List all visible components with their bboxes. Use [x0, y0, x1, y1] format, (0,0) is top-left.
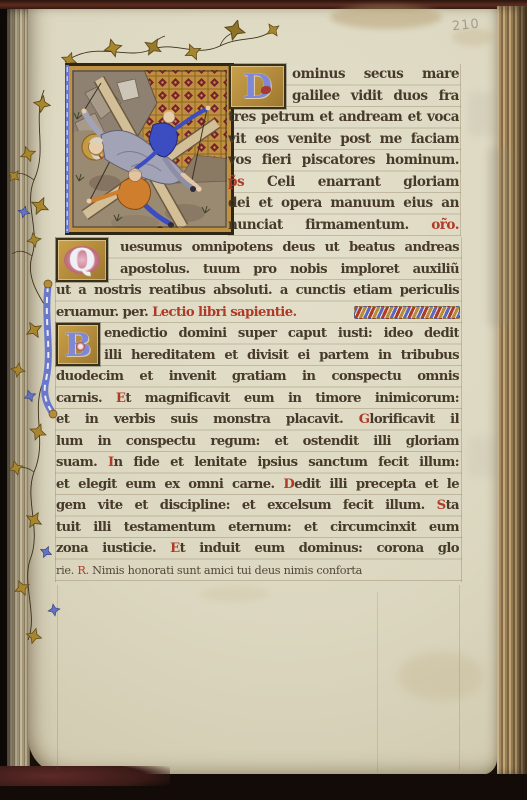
text-line: uesumus omnipotens deus ut beatus andrea…: [120, 237, 459, 259]
text-line: et elegit eum ex omni carne. Dedit illi …: [56, 474, 459, 496]
ivy-vine-top-margin: [55, 20, 305, 68]
text-line: suam. In fide et lenitate ipsius sanctum…: [56, 452, 459, 474]
illuminated-initial-d: D: [229, 64, 286, 109]
text-line: rie. R. Nimis honorati sunt amici tui de…: [56, 560, 462, 582]
initial-letter: Q: [69, 243, 95, 278]
text-line: vos fieri piscatores hominum.: [228, 150, 459, 172]
line-filler-ornament: [354, 306, 460, 319]
folio-number: 210: [451, 17, 480, 35]
text-line: lum in conspectu regum: et ostendit illi…: [56, 431, 459, 453]
text-line: vit eos venite post me faciam: [228, 129, 459, 151]
text-line: dei et opera manuum eius an: [228, 193, 459, 215]
text-line: enedictio domini super caput iusti: ideo…: [104, 323, 459, 345]
text-line: eruamur. per. Lectio libri sapientie.: [56, 302, 356, 324]
initial-letter: D: [243, 67, 272, 107]
book-top-edge: [0, 0, 527, 9]
text-line: ut a nostris reatibus absoluti. a cuncti…: [56, 280, 459, 302]
text-line: tres petrum et andream et voca: [228, 107, 459, 129]
initial-letter: B: [64, 326, 91, 364]
miniature-martyrdom-of-saint-andrew: [65, 63, 234, 235]
illuminated-initial-q: Q: [56, 238, 108, 282]
text-line: et in verbis suis monstra placavit. Glor…: [56, 409, 459, 431]
text-line: carnis. Et magnificavit eum in timore in…: [56, 388, 459, 410]
text-line: tuit illi testamentum eternum: et circum…: [56, 517, 459, 539]
text-line: apostolus. tuum pro nobis imploret auxil…: [120, 259, 459, 281]
text-line: gem vite et discipline: et excelsum feci…: [56, 495, 459, 517]
parchment-fold: [377, 592, 378, 772]
illuminated-initial-b: B: [56, 323, 100, 366]
ruling-extension: [459, 585, 460, 770]
text-line: nunciat firmamentum. or̃o.: [228, 215, 459, 237]
text-line: illi hereditatem et divisit ei partem in…: [104, 345, 459, 367]
manuscript-photo: 210: [0, 0, 527, 800]
book-cover-edge: [0, 766, 170, 786]
text-line: duodecim et invenit gratiam in conspectu…: [56, 366, 459, 388]
text-line: ominus secus mare: [292, 64, 459, 86]
book-fore-edge-pages: [497, 6, 527, 776]
text-line: zona iusticie. Et induit eum dominus: co…: [56, 538, 459, 560]
text-line: galilee vidit duos fra: [292, 86, 459, 108]
text-line: p̃s Celi enarrant gloriam: [228, 172, 459, 194]
